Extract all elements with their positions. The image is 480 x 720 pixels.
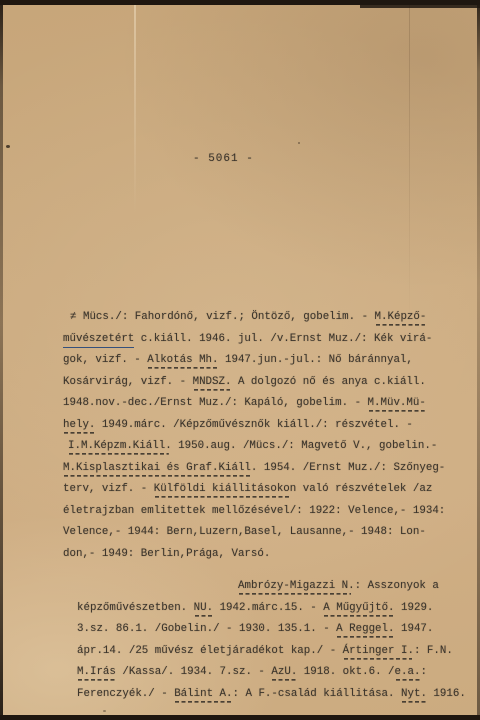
text-segment: Ferenczyék./ - [77,688,174,700]
text-segment: 3.sz. 86.1. /Gobelin./ - 1930. 135.1. - [77,623,336,635]
typed-underlined-text: A Műgyűjtő. [323,602,394,617]
text-segment: c.kiáll. 1946. jul. /v.Ernst Muz./: Kék … [134,333,432,345]
text-segment: Velence,- 1944: Bern,Luzern,Basel, Lausa… [63,526,426,538]
text-line: gok, vizf. - Alkotás Mh. 1947.jun.-jul.:… [63,350,468,372]
text-segment: 1947. [395,623,434,635]
typed-underlined-text: Bálint A. [174,688,232,703]
text-line: don,- 1949: Berlin,Prága, Varsó. [63,544,468,566]
text-segment: : A F.-család kiállitása. [233,688,401,700]
text-line: 1948.nov.-dec./Ernst Muz./: Kapáló, gobe… [63,393,468,415]
paper-crease [134,5,136,215]
text-segment: 1947.jun.-jul.: Nő báránnyal, [219,354,413,366]
typed-underlined-text: NU. [194,602,213,617]
text-segment: 1916. [427,688,466,700]
text-line: Velence,- 1944: Bern,Luzern,Basel, Lausa… [63,522,468,544]
text-line: ≠ Mücs./: Fahordónő, vizf.; Öntöző, gobe… [63,307,468,329]
page-number: - 5061 - [193,153,254,165]
typed-underlined-text: Alkotás Mh. [147,354,218,369]
typed-underlined-text: Külföldi kiállitásokon [154,483,297,498]
ink-underlined-text: művészetért [63,333,134,349]
text-segment: ápr.14. /25 művész életjáradékot kap./ - [77,645,343,657]
text-segment: terv, vizf. - [63,483,154,495]
text-segment: képzőművészetben. [77,602,194,614]
ink-speck [298,142,300,144]
text-segment: don,- 1949: Berlin,Prága, Varsó. [63,548,270,560]
text-line: M.Kisplasztikai és Graf.Kiáll. 1954. /Er… [63,458,468,480]
text-line: művészetért c.kiáll. 1946. jul. /v.Ernst… [63,329,468,351]
text-line: életrajzban emlitettek mellőzésével/: 19… [63,501,468,523]
bibliography-paragraph: Ambrózy-Migazzi N.: Asszonyok aképzőművé… [77,576,472,705]
text-segment: /Kassa/. 1934. 7.sz. - [116,666,272,678]
text-line: képzőművészetben. NU. 1942.márc.15. - A … [77,598,472,620]
text-line: Ferenczyék./ - Bálint A.: A F.-család ki… [77,684,472,706]
paper-crease-faint [409,5,410,325]
typed-underlined-text: AzU. [271,666,297,681]
text-segment: 1950.aug. /Mücs./: Magvető V., gobelin.- [172,440,438,452]
text-segment: 1929. [395,602,434,614]
text-segment: : [420,666,426,678]
ink-speck [6,145,10,148]
text-segment: 1942.márc.15. - [213,602,323,614]
typed-underlined-text: Ambrózy-Migazzi N. [238,580,355,595]
scan-edge-left [0,0,3,720]
text-segment: : Asszonyok a [355,580,439,592]
scanned-document-page: - 5061 - ≠ Mücs./: Fahordónő, vizf.; Önt… [0,0,480,720]
scan-edge-bottom [0,715,480,720]
text-segment: 1918. okt.6. / [297,666,394,678]
typed-underlined-text: I.M.Képzm.Kiáll. [68,440,172,455]
text-line: 3.sz. 86.1. /Gobelin./ - 1930. 135.1. - … [77,619,472,641]
text-line: M.Irás /Kassa/. 1934. 7.sz. - AzU. 1918.… [77,662,472,684]
text-segment: gok, vizf. - [63,354,147,366]
typed-underlined-text: A Reggel. [336,623,394,638]
typed-underlined-text: M.Irás [77,666,116,681]
text-line: hely. 1949.márc. /Képzőművésznők kiáll./… [63,415,468,437]
typed-underlined-text: Nyt. [401,688,427,703]
text-line: I.M.Képzm.Kiáll. 1950.aug. /Mücs./: Magv… [63,436,468,458]
typed-underlined-text: M.Képző- [375,311,427,326]
exhibitions-paragraph: ≠ Mücs./: Fahordónő, vizf.; Öntöző, gobe… [63,307,468,565]
text-segment: 1949.márc. /Képzőművésznők kiáll./: rész… [95,419,412,431]
text-line: Kosárvirág, vizf. - MNDSZ. A dolgozó nő … [63,372,468,394]
text-segment: való részvételek /az [296,483,432,495]
text-segment: A dolgozó nő és anya c.kiáll. [231,376,425,388]
typed-underlined-text: Ártinger I. [343,645,414,660]
typed-underlined-text: M.Kisplasztikai és Graf.Kiáll. [63,462,257,477]
text-segment: 1954. /Ernst Muz./: Szőnyeg- [257,462,445,474]
typed-underlined-text: MNDSZ. [193,376,232,391]
text-segment: : F.N. [414,645,453,657]
typed-underlined-text: M.Müv.Mü- [368,397,426,412]
ink-speck [103,710,106,712]
text-line: ápr.14. /25 művész életjáradékot kap./ -… [77,641,472,663]
text-line: Ambrózy-Migazzi N.: Asszonyok a [77,576,472,598]
text-line: terv, vizf. - Külföldi kiállitásokon val… [63,479,468,501]
scan-edge-top-right [360,0,480,8]
text-segment: ≠ Mücs./: Fahordónő, vizf.; Öntöző, gobe… [70,311,375,323]
text-segment: 1948.nov.-dec./Ernst Muz./: Kapáló, gobe… [63,397,368,409]
typed-underlined-text: e.a. [395,666,421,681]
typed-underlined-text: hely. [63,419,95,434]
text-segment: Kosárvirág, vizf. - [63,376,193,388]
text-segment: életrajzban emlitettek mellőzésével/: 19… [63,505,445,517]
